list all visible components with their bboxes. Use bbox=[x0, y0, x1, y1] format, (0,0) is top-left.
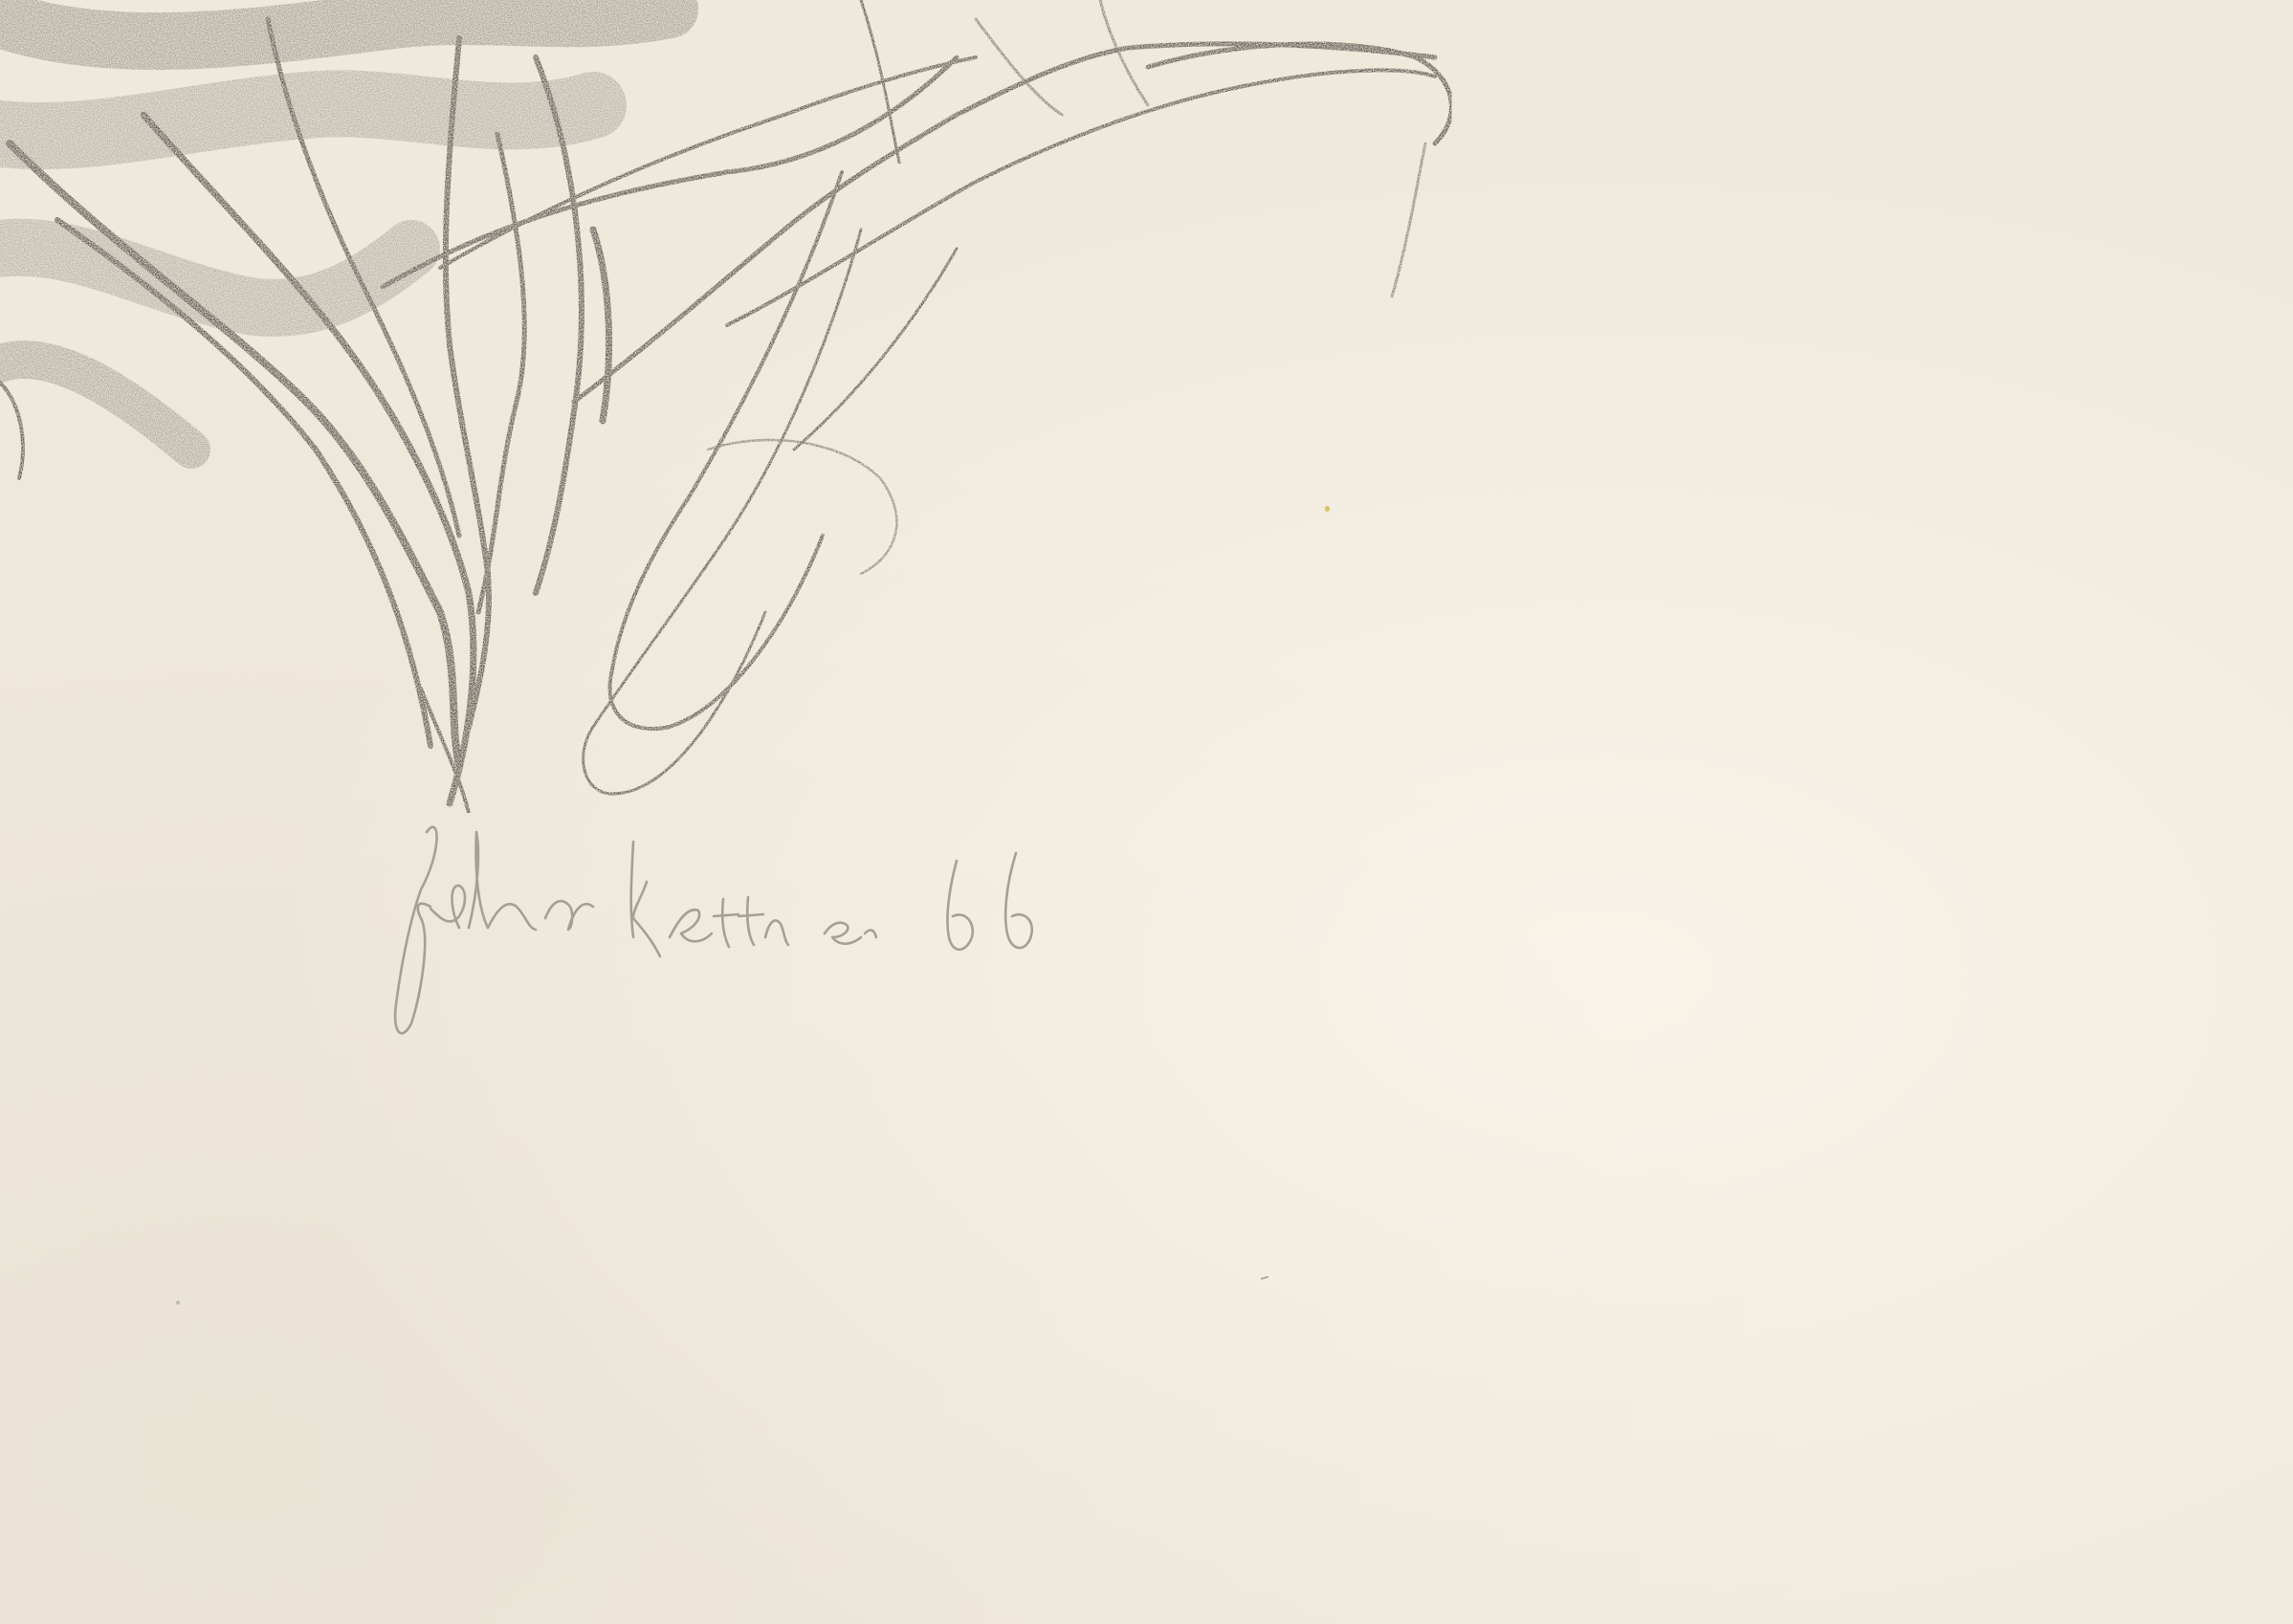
paper-speck bbox=[176, 1301, 180, 1305]
artwork-paper: Gerhard Kettner 66 Crayon lithograph / c… bbox=[0, 0, 2293, 1624]
crayon-sketch bbox=[0, 0, 1492, 823]
paper-stain bbox=[1325, 506, 1330, 512]
paper-speck bbox=[1261, 1276, 1268, 1280]
pencil-signature bbox=[383, 794, 1722, 1062]
